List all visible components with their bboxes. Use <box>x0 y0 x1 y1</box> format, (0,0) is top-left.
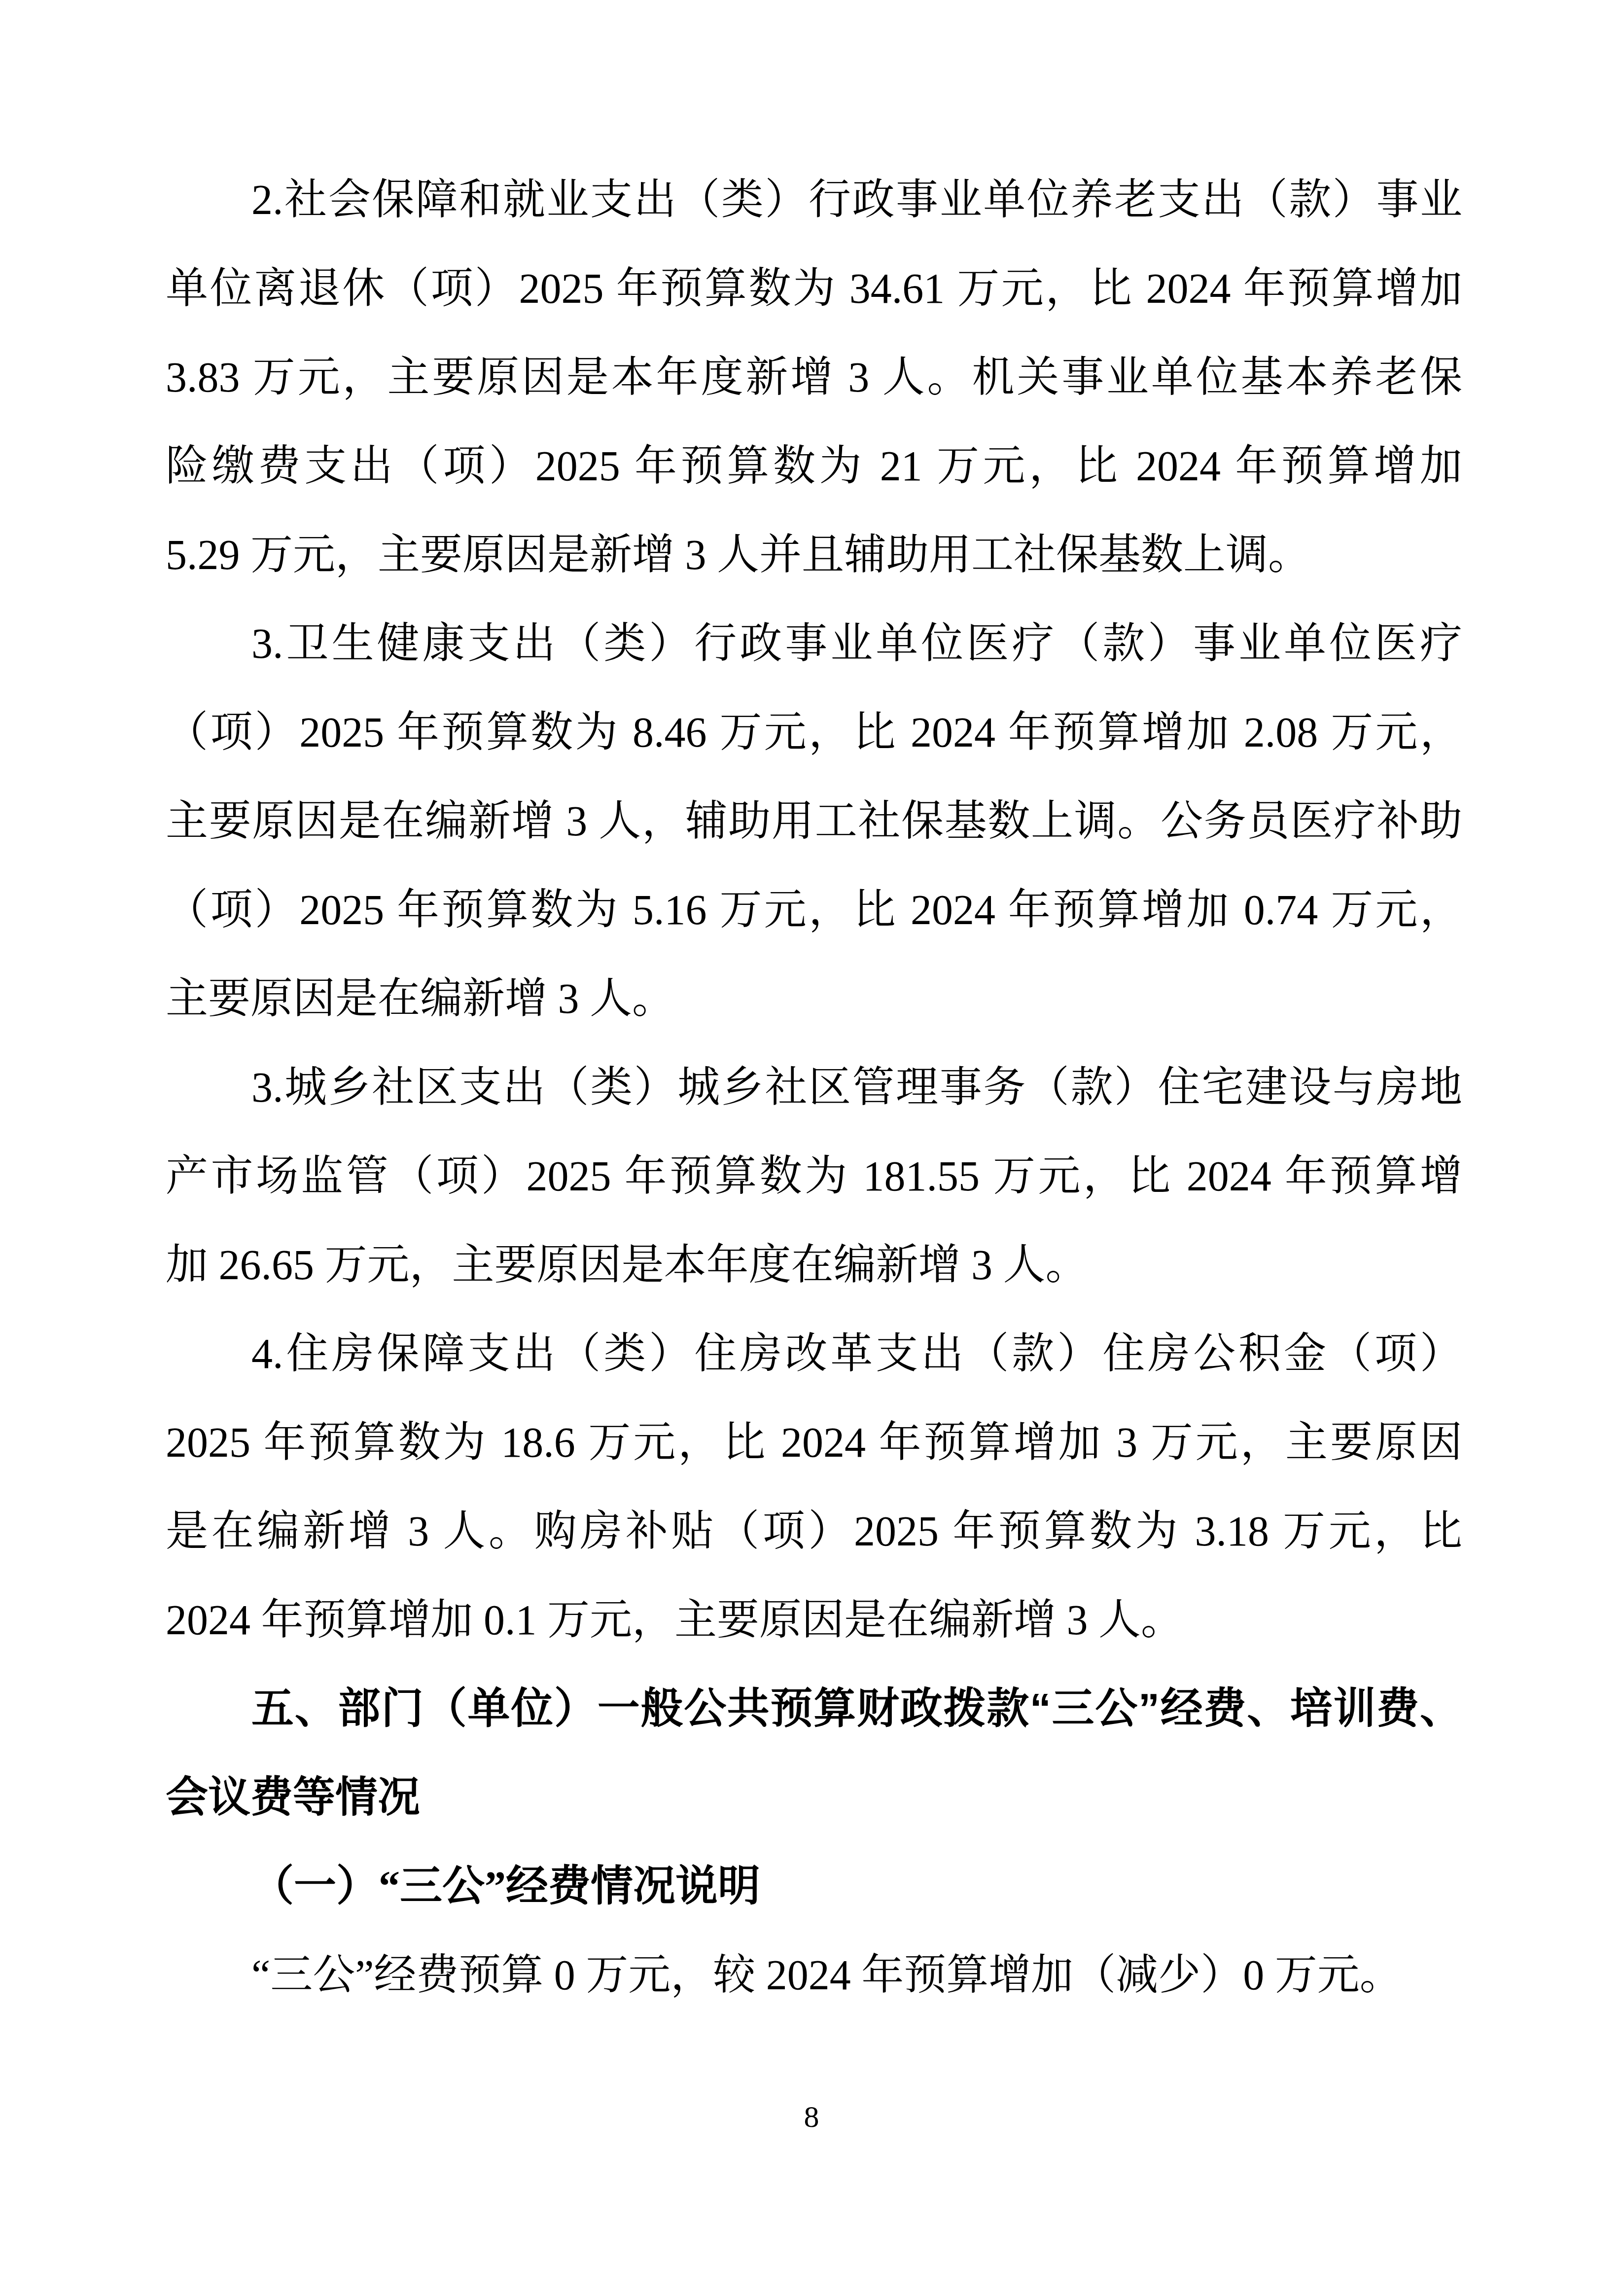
text-line: 险缴费支出（项）2025 年预算数为 21 万元，比 2024 年预算增加 <box>166 422 1462 510</box>
paragraph: “三公”经费预算 0 万元，较 2024 年预算增加（减少）0 万元。 <box>166 1931 1462 2019</box>
text-line: 主要原因是在编新增 3 人，辅助用工社保基数上调。公务员医疗补助 <box>166 777 1462 865</box>
paragraph: 2.社会保障和就业支出（类）行政事业单位养老支出（款）事业单位离退休（项）202… <box>166 155 1462 599</box>
text-line: “三公”经费预算 0 万元，较 2024 年预算增加（减少）0 万元。 <box>166 1931 1462 2019</box>
paragraph: 五、部门（单位）一般公共预算财政拨款“三公”经费、培训费、会议费等情况 <box>166 1664 1462 1842</box>
text-line: 3.83 万元，主要原因是本年度新增 3 人。机关事业单位基本养老保 <box>166 333 1462 422</box>
document-page: 2.社会保障和就业支出（类）行政事业单位养老支出（款）事业单位离退休（项）202… <box>0 0 1623 2296</box>
text-line: 五、部门（单位）一般公共预算财政拨款“三公”经费、培训费、 <box>166 1664 1462 1753</box>
text-line: 2.社会保障和就业支出（类）行政事业单位养老支出（款）事业 <box>166 155 1462 244</box>
text-line: 是在编新增 3 人。购房补贴（项）2025 年预算数为 3.18 万元，比 <box>166 1487 1462 1576</box>
paragraph: 3.城乡社区支出（类）城乡社区管理事务（款）住宅建设与房地产市场监管（项）202… <box>166 1043 1462 1309</box>
text-line: 会议费等情况 <box>166 1753 1462 1842</box>
text-line: （项）2025 年预算数为 5.16 万元，比 2024 年预算增加 0.74 … <box>166 865 1462 954</box>
text-line: 2024 年预算增加 0.1 万元，主要原因是在编新增 3 人。 <box>166 1576 1462 1664</box>
text-line: 单位离退休（项）2025 年预算数为 34.61 万元，比 2024 年预算增加 <box>166 244 1462 333</box>
text-line: 5.29 万元，主要原因是新增 3 人并且辅助用工社保基数上调。 <box>166 510 1462 599</box>
text-line: 4.住房保障支出（类）住房改革支出（款）住房公积金（项） <box>166 1309 1462 1398</box>
text-line: 2025 年预算数为 18.6 万元，比 2024 年预算增加 3 万元，主要原… <box>166 1398 1462 1487</box>
page-number: 8 <box>0 2102 1623 2132</box>
text-line: 主要原因是在编新增 3 人。 <box>166 954 1462 1043</box>
text-line: 产市场监管（项）2025 年预算数为 181.55 万元，比 2024 年预算增 <box>166 1132 1462 1220</box>
text-line: 3.卫生健康支出（类）行政事业单位医疗（款）事业单位医疗 <box>166 599 1462 688</box>
text-line: （项）2025 年预算数为 8.46 万元，比 2024 年预算增加 2.08 … <box>166 688 1462 777</box>
text-line: 3.城乡社区支出（类）城乡社区管理事务（款）住宅建设与房地 <box>166 1043 1462 1132</box>
paragraph: 3.卫生健康支出（类）行政事业单位医疗（款）事业单位医疗（项）2025 年预算数… <box>166 599 1462 1043</box>
text-line: （一）“三公”经费情况说明 <box>166 1842 1462 1931</box>
paragraph: （一）“三公”经费情况说明 <box>166 1842 1462 1931</box>
paragraph: 4.住房保障支出（类）住房改革支出（款）住房公积金（项）2025 年预算数为 1… <box>166 1309 1462 1664</box>
document-body: 2.社会保障和就业支出（类）行政事业单位养老支出（款）事业单位离退休（项）202… <box>166 155 1462 2019</box>
text-line: 加 26.65 万元，主要原因是本年度在编新增 3 人。 <box>166 1220 1462 1309</box>
